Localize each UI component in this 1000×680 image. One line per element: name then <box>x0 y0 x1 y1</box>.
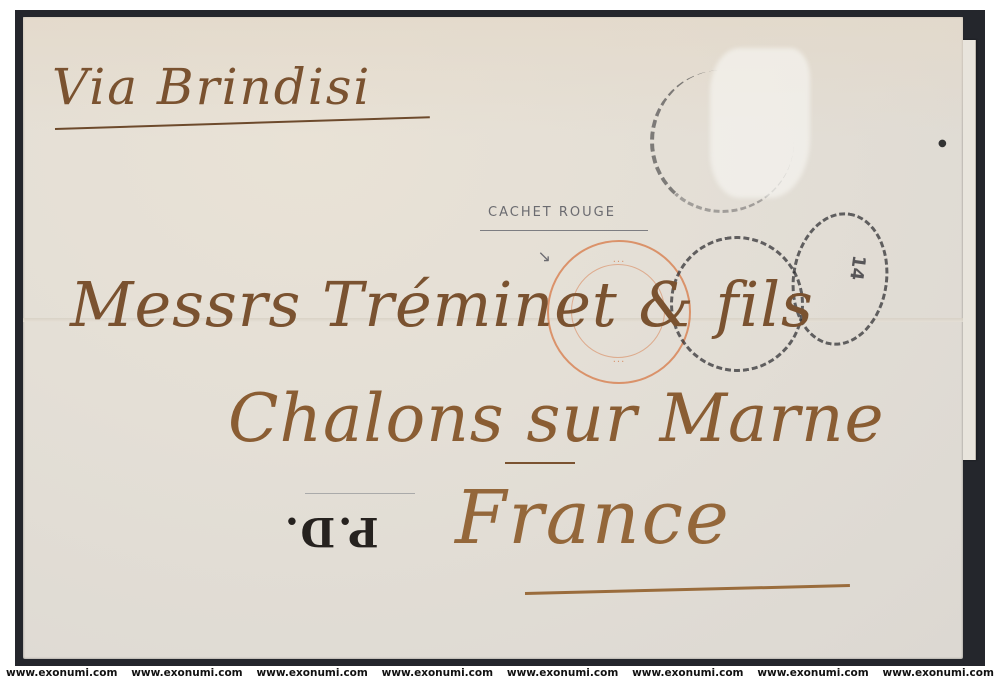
pd-handstamp: P.D. <box>282 508 379 555</box>
watermark-text: www.exonumi.com <box>6 667 117 680</box>
watermark-text: www.exonumi.com <box>256 667 367 680</box>
pd-pencil-line <box>305 493 415 494</box>
ink-dot: ● <box>938 138 947 149</box>
address-city: Chalons sur Marne <box>228 380 885 457</box>
watermark-text: www.exonumi.com <box>883 667 994 680</box>
address-country: France <box>455 475 731 561</box>
postmark-date-digits: 14 <box>845 254 869 282</box>
red-cachet-bottom-text: ... <box>549 354 689 365</box>
watermark-text: www.exonumi.com <box>382 667 493 680</box>
red-cachet-top-text: ... <box>549 254 689 265</box>
pencil-annotation: CACHET ROUGE <box>488 205 616 220</box>
routing-note: Via Brindisi <box>52 58 371 116</box>
watermark-text: www.exonumi.com <box>507 667 618 680</box>
watermark-text: www.exonumi.com <box>131 667 242 680</box>
addressee-name: Messrs Tréminet & fils <box>70 268 814 341</box>
watermark-text: www.exonumi.com <box>632 667 743 680</box>
removed-stamp-area <box>710 48 810 198</box>
city-underline <box>505 462 575 464</box>
watermark-strip: www.exonumi.comwww.exonumi.comwww.exonum… <box>0 667 1000 680</box>
watermark-text: www.exonumi.com <box>757 667 868 680</box>
pencil-underline <box>480 230 648 231</box>
